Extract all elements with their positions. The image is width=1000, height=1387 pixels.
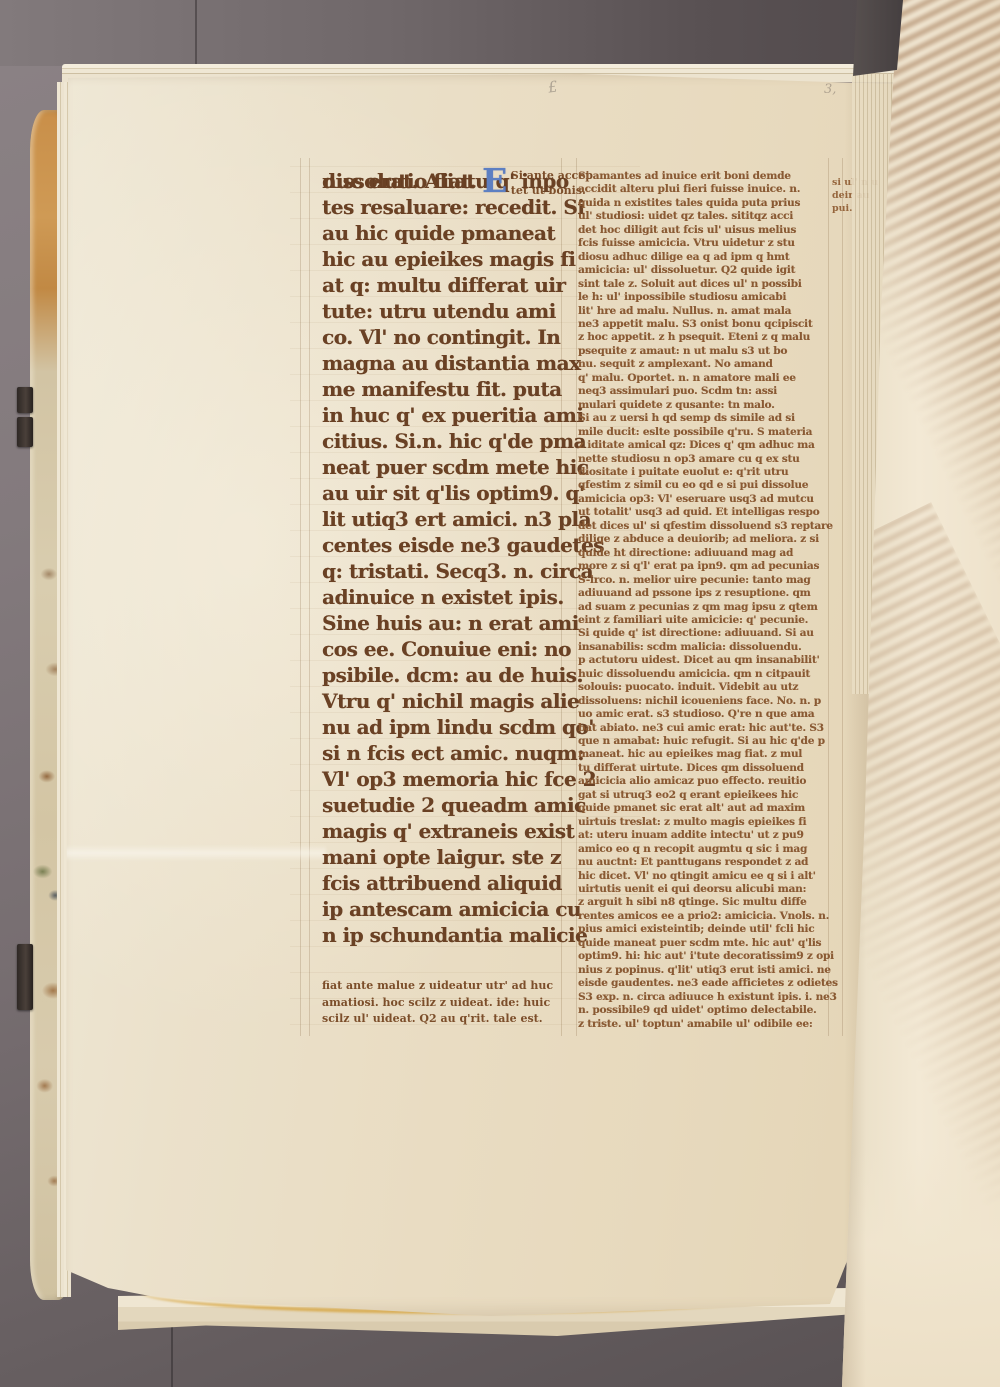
gloss-text-line: lit' hre ad malu. Nullus. n. amat mala (578, 305, 834, 318)
gloss-text-line: fcis fuisse amicicia. Vtru uidetur z stu (578, 237, 834, 250)
gloss-text-line: bat abiato. ne3 cui amic erat: hic aut't… (578, 722, 834, 735)
gloss-text-line: qfestim z simil cu eo qd e si pui dissol… (578, 479, 834, 492)
gloss-text-line: huic dissoluendu amicicia. qm n citpauit (578, 668, 834, 681)
manuscript-text-line: magis q' extraneis exist (322, 818, 604, 844)
gloss-text-line: accidit alteru plui fieri fuisse inuice.… (578, 183, 834, 196)
ruling-line (309, 158, 310, 1036)
manuscript-text-line: me manifestu fit. puta (322, 376, 604, 402)
gloss-text-line: nette studiosu n op3 amare cu q ex stu (578, 453, 834, 466)
backdrop-top-band (0, 0, 1000, 66)
gloss-text-line: diositate i puitate euolut e: q'rit utru (578, 466, 834, 479)
manuscript-text-line: suetudie 2 queadm amic (322, 792, 604, 818)
manuscript-text-line: hic au epieikes magis fi (322, 246, 604, 272)
gloss-text-line: adiuuand ad pssone ips z resuptione. qm (578, 587, 834, 600)
faint-pencil-mark: £ (547, 77, 559, 96)
metal-clasp (17, 417, 33, 447)
manuscript-text-line: lit utiq3 ert amici. n3 pla (322, 506, 604, 532)
gloss-text-line: det hoc diligit aut fcis ul' uisus meliu… (578, 224, 834, 237)
gloss-text-line: quida n existites tales quida puta prius (578, 197, 834, 210)
gloss-text-line: nu auctnt: Et panttugans respondet z ad (578, 856, 834, 869)
gloss-text-column: Si amantes ad inuice erit boni demdeacci… (578, 170, 834, 1031)
manuscript-text-line: si n fcis ect amic. nuqm: (322, 740, 604, 766)
manuscript-text-line: Vl' op3 memoria hic fce 2 (322, 766, 604, 792)
gloss-text-line: mile ducit: eslte possibile q'ru. S mate… (578, 426, 834, 439)
gloss-text-line: amicicia alio amicaz puo effecto. reuiti… (578, 775, 834, 788)
gloss-text-line: nu. sequit z amplexant. No amand (578, 358, 834, 371)
gloss-text-line: Si quide q' ist directione: adiuuand. Si… (578, 627, 834, 640)
gloss-text-line: at: uteru inuam addite intectu' ut z pu9 (578, 829, 834, 842)
gloss-text-line: dissoluens: nichil icoueniens face. No. … (578, 695, 834, 708)
gloss-text-line: rentes amicos ee a prio2: amicicia. Vnol… (578, 910, 834, 923)
manuscript-text-line: psibile. dcm: au de huis. (322, 662, 604, 688)
manuscript-text-line: co. Vl' no contingit. In (322, 324, 604, 350)
gloss-text-line: S3 exp. n. circa adiuuce h existunt ipis… (578, 991, 834, 1004)
gloss-text-line: psequite z amaut: n ut malu s3 ut bo (578, 345, 834, 358)
manuscript-text-line: nu ad ipm lindu scdm qo' (322, 714, 604, 740)
gloss-text-line: p actutoru uidest. Dicet au qm insanabil… (578, 654, 834, 667)
pen-flourished-initial: E (482, 166, 507, 196)
gloss-text-line: optim9. hi: hic aut' i'tute decoratissim… (578, 950, 834, 963)
manuscript-photo: £ 3, nuc erat. Aliatu q' inpotes resalua… (0, 0, 1000, 1387)
manuscript-text-line: tes resaluare: recedit. Si (322, 194, 604, 220)
gloss-text-line: que n amabat: huic refugit. Si au hic q'… (578, 735, 834, 748)
gloss-text-line: neq3 assimulari puo. Scdm tn: assi (578, 385, 834, 398)
manuscript-page: £ 3, nuc erat. Aliatu q' inpotes resalua… (60, 70, 896, 1320)
main-text-column: nuc erat. Aliatu q' inpotes resaluare: r… (322, 168, 572, 194)
gloss-text-line: uo amic erat. s3 studioso. Q're n que am… (578, 708, 834, 721)
ruling-line (842, 158, 843, 1036)
gloss-text-line: insanabilis: scdm malicia: dissoluendu. (578, 641, 834, 654)
gloss-text-line: amicicia: ul' dissoluetur. Q2 quide igit (578, 264, 834, 277)
addition-small-lines: fiat ante malue z uideatur utr' ad hucam… (322, 978, 612, 1028)
manuscript-text-line: neat puer scdm mete hic (322, 454, 604, 480)
gloss-text-line: hic dicet. Vl' no qtingit amicu ee q si … (578, 870, 834, 883)
gloss-text-line: quide pmanet sic erat alt' aut ad maxim (578, 802, 834, 815)
gloss-text-line: z triste. ul' toptun' amabile ul' odibil… (578, 1018, 834, 1031)
gloss-text-line: ne3 appetit malu. S3 onist bonu qcipisci… (578, 318, 834, 331)
manuscript-text-line: cos ee. Conuiue eni: no (322, 636, 604, 662)
ruling-line (300, 158, 301, 1036)
manuscript-text-line: in huc q' ex pueritia ami (322, 402, 604, 428)
gloss-text-line: q' malu. Oportet. n. n amatore mali ee (578, 372, 834, 385)
manuscript-text-line: scilz ul' uideat. Q2 au q'rit. tale est. (322, 1011, 612, 1028)
backdrop-seam-top (195, 0, 197, 66)
manuscript-text-line: tute: utru utendu ami (322, 298, 604, 324)
gloss-text-line: eisde gaudentes. ne3 eade afficietes z o… (578, 977, 834, 990)
gloss-text-line: uirtutis uenit ei qui deorsu alicubi man… (578, 883, 834, 896)
manuscript-text-line: q: tristati. Secq3. n. circa (322, 558, 604, 584)
gloss-text-line: solouis: puocato. induit. Videbit au utz (578, 681, 834, 694)
gloss-text-line: Si au z uersi h qd semp ds simile ad si (578, 412, 834, 425)
manuscript-text-line: Vtru q' nichil magis alie (322, 688, 604, 714)
gloss-text-line: tu differat uirtute. Dices qm dissoluend (578, 762, 834, 775)
gloss-text-line: eint z familiari uite amicicie: q' pecun… (578, 614, 834, 627)
manuscript-text-line: adinuice n existet ipis. (322, 584, 604, 610)
manuscript-text-line: centes eisde ne3 gaudetes (322, 532, 604, 558)
gloss-text-line: uirtuis treslat: z multo magis epieikes … (578, 816, 834, 829)
manuscript-text-line: Sine huis au: n erat ami (322, 610, 604, 636)
gloss-text-line: maneat. hic au epieikes mag fiat. z mul (578, 748, 834, 761)
gloss-text-line: n. possibile9 qd uidet' optimo delectabi… (578, 1004, 834, 1017)
manuscript-text-line: fcis attribuend aliquid (322, 870, 604, 896)
gloss-text-line: sint tale z. Soluit aut dices ul' n poss… (578, 278, 834, 291)
gloss-text-line: det dices ul' si qfestim dissoluend s3 r… (578, 520, 834, 533)
manuscript-text-line: mani opte laigur. ste z (322, 844, 604, 870)
gutter-dark-gap (853, 0, 903, 76)
gloss-text-line: nius z popinus. q'lit' utiq3 erut isti a… (578, 964, 834, 977)
gloss-text-line: ut totalit' usq3 ad quid. Et intelligas … (578, 506, 834, 519)
gloss-text-line: Si amantes ad inuice erit boni demde (578, 170, 834, 183)
manuscript-text-line: nuc erat. Aliatu q' inpo (322, 168, 604, 194)
manuscript-text-line: au hic quide pmaneat (322, 220, 604, 246)
gloss-text-line: quide ht directione: adiuuand mag ad (578, 547, 834, 560)
manuscript-text-line: citius. Si.n. hic q'de pma (322, 428, 604, 454)
gloss-text-line: gat si utruq3 eo2 q erant epieikees hic (578, 789, 834, 802)
gloss-text-line: amico eo q n recopit augmtu q sic i mag (578, 843, 834, 856)
gloss-text-line: z hoc appetit. z h psequit. Eteni z q ma… (578, 331, 834, 344)
gloss-text-line: diosu adhuc dilige ea q ad ipm q hmt (578, 251, 834, 264)
gloss-text-line: quide maneat puer scdm mte. hic aut' q'l… (578, 937, 834, 950)
manuscript-text-line: fiat ante malue z uideatur utr' ad huc (322, 978, 612, 995)
gloss-text-line: pius amici existeintib; deinde util' fcl… (578, 923, 834, 936)
metal-clasp (17, 387, 33, 413)
faint-folio-number: 3, (824, 82, 836, 97)
gloss-text-line: dilige z abduce a deuiorib; ad meliora. … (578, 533, 834, 546)
manuscript-text-line: au uir sit q'lis optim9. q' (322, 480, 604, 506)
gloss-text-line: amicicia op3: Vl' eseruare usq3 ad mutcu (578, 493, 834, 506)
manuscript-text-line: n ip schundantia malicie (322, 922, 604, 948)
manuscript-text-line: ip antescam amicicia cu (322, 896, 604, 922)
gloss-text-line: ul' studiosi: uidet qz tales. sititqz ac… (578, 210, 834, 223)
gloss-text-line: ad suam z pecunias z qm mag ipsu z qtem (578, 601, 834, 614)
parchment-crease (64, 845, 326, 861)
gloss-text-line: more z si q'l' erat pa ipn9. qm ad pecun… (578, 560, 834, 573)
manuscript-text-line: amatiosi. hoc scilz z uideat. ide: huic (322, 995, 612, 1012)
metal-clasp (17, 944, 33, 1010)
gloss-text-line: S-irco. n. melior uire pecunie: tanto ma… (578, 574, 834, 587)
gloss-text-line: z arguit h sibi n8 qtinge. Sic multu dif… (578, 896, 834, 909)
manuscript-text-line: at q: multu differat uir (322, 272, 604, 298)
manuscript-text-line: magna au distantia max (322, 350, 604, 376)
gloss-text-line: z iditate amical qz: Dices q' qm adhuc m… (578, 439, 834, 452)
gloss-text-line: le h: ul' inpossibile studiosu amicabi (578, 291, 834, 304)
gloss-text-line: mulari quidete z qusante: tn malo. (578, 399, 834, 412)
